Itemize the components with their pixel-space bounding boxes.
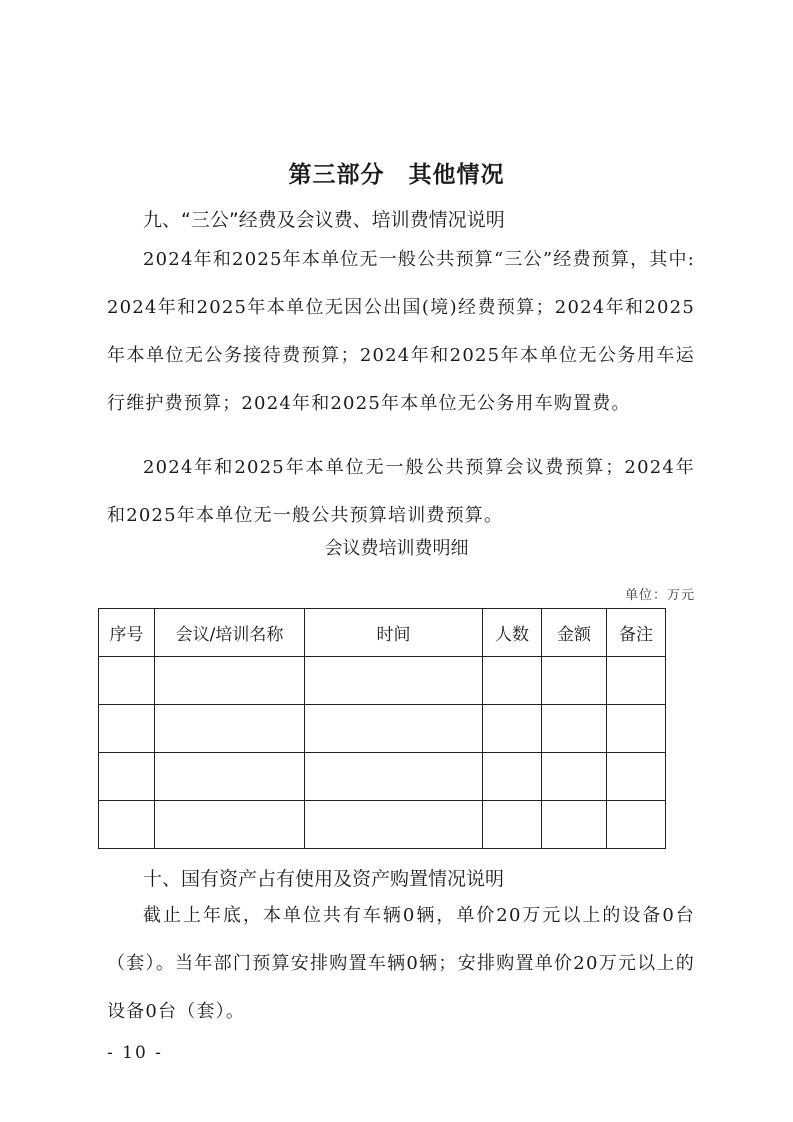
table-cell: [99, 801, 155, 849]
column-header-time: 时间: [305, 609, 483, 657]
table-header-row: 序号 会议/培训名称 时间 人数 金额 备注: [99, 609, 666, 657]
section-10-heading: 十、国有资产占有使用及资产购置情况说明: [143, 864, 504, 891]
table-cell: [305, 705, 483, 753]
table-cell: [483, 657, 542, 705]
table-row: [99, 705, 666, 753]
table-cell: [99, 657, 155, 705]
table-cell: [305, 801, 483, 849]
column-header-amount: 金额: [542, 609, 607, 657]
table-row: [99, 753, 666, 801]
table-cell: [542, 657, 607, 705]
table-cell: [155, 801, 305, 849]
document-page: 第三部分 其他情况 九、“三公”经费及会议费、培训费情况说明 2024年和202…: [0, 0, 793, 1122]
section-9-paragraph-2: 2024年和2025年本单位无一般公共预算会议费预算；2024年和2025年本单…: [107, 444, 695, 540]
table-unit-label: 单位：万元: [625, 584, 695, 603]
page-number: - 10 -: [107, 1043, 163, 1063]
table-cell: [99, 705, 155, 753]
meeting-training-fee-table: 序号 会议/培训名称 时间 人数 金额 备注: [98, 608, 666, 849]
section-10-paragraph-1: 截止上年底，本单位共有车辆0辆，单价20万元以上的设备0台（套）。当年部门预算安…: [107, 892, 695, 1036]
table-cell: [483, 753, 542, 801]
table-cell: [542, 753, 607, 801]
table-cell: [542, 705, 607, 753]
section-9-paragraph-1: 2024年和2025年本单位无一般公共预算“三公”经费预算，其中: 2024年和…: [107, 236, 695, 428]
table-cell: [99, 753, 155, 801]
part-title: 第三部分 其他情况: [0, 156, 793, 189]
column-header-headcount: 人数: [483, 609, 542, 657]
table-cell: [607, 657, 666, 705]
column-header-remarks: 备注: [607, 609, 666, 657]
table-row: [99, 801, 666, 849]
table-cell: [542, 801, 607, 849]
table-cell: [305, 753, 483, 801]
table-cell: [607, 753, 666, 801]
table-cell: [607, 705, 666, 753]
section-9-heading: 九、“三公”经费及会议费、培训费情况说明: [143, 205, 505, 232]
table-cell: [155, 753, 305, 801]
table-cell: [607, 801, 666, 849]
table-cell: [483, 801, 542, 849]
table-cell: [155, 657, 305, 705]
table-row: [99, 657, 666, 705]
table-cell: [305, 657, 483, 705]
table-title: 会议费培训费明细: [0, 534, 793, 560]
table-cell: [155, 705, 305, 753]
column-header-name: 会议/培训名称: [155, 609, 305, 657]
table-cell: [483, 705, 542, 753]
column-header-index: 序号: [99, 609, 155, 657]
